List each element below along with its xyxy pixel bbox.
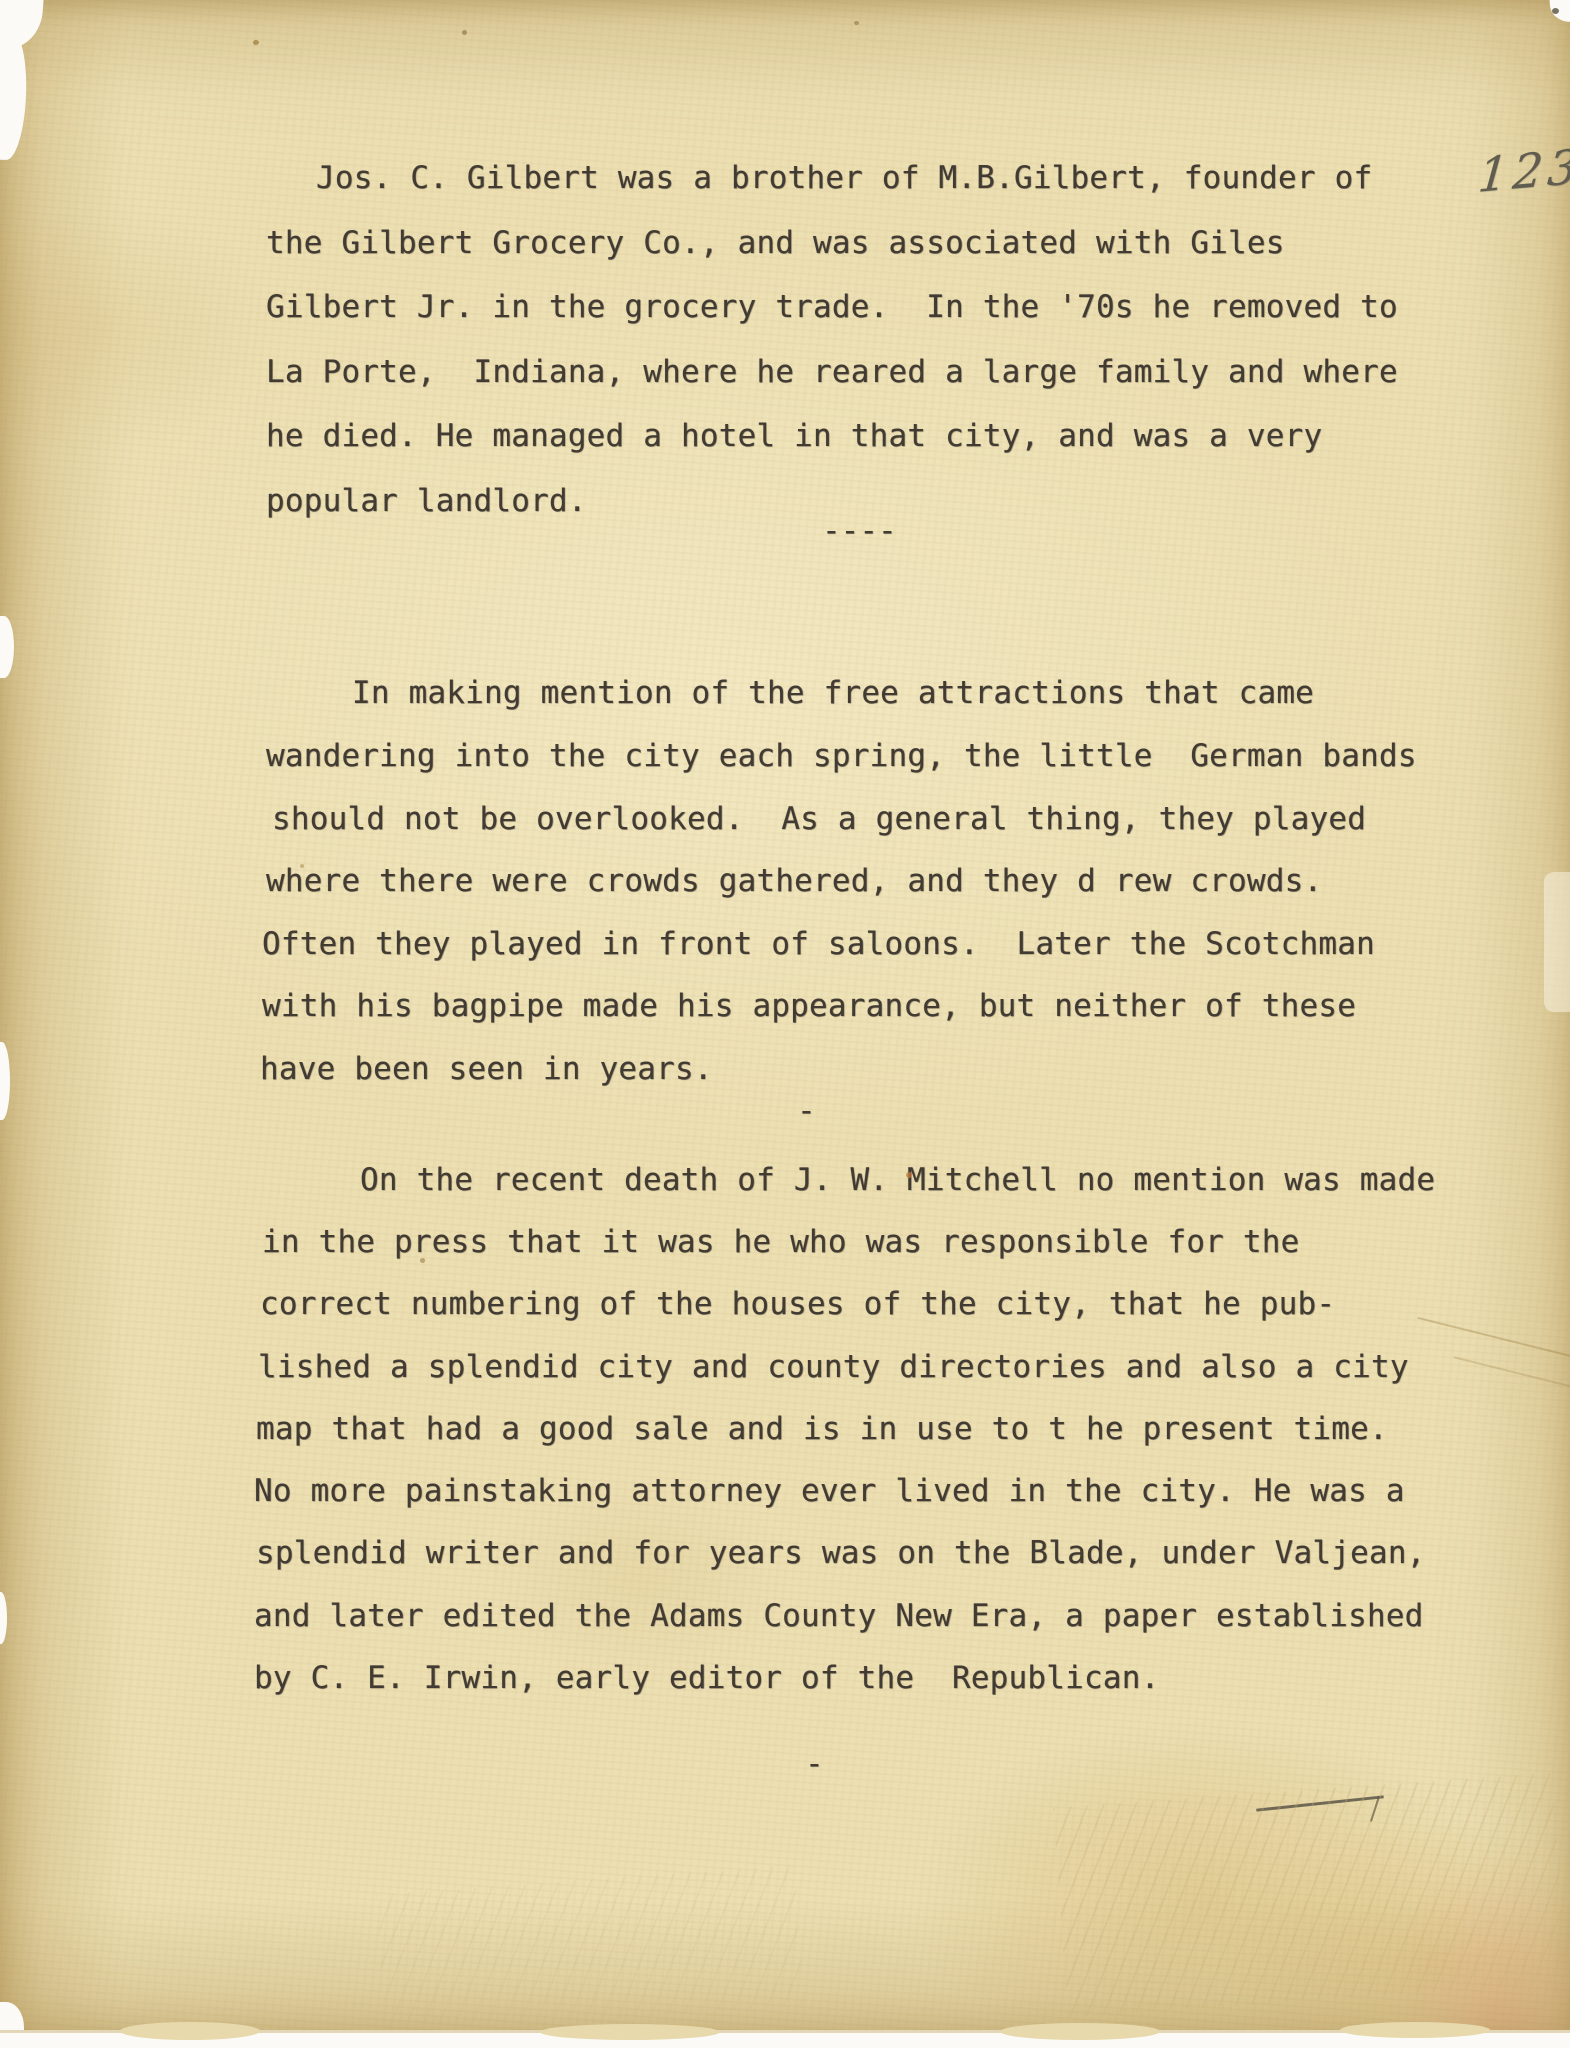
typed-line: Often they played in front of saloons. L… [262,925,1375,963]
typed-line: La Porte, Indiana, where he reared a lar… [266,353,1398,391]
foxing-speck [420,1258,425,1263]
typed-line: have been seen in years. [260,1050,713,1088]
typed-line: the Gilbert Grocery Co., and was associa… [266,224,1285,262]
handwritten-page-number: 123 [1476,139,1570,204]
typed-line: should not be overlooked. As a general t… [272,800,1366,838]
paper-edge-bump [540,2024,720,2040]
typed-line: correct numbering of the houses of the c… [260,1285,1335,1323]
foxing-speck [300,864,304,868]
typed-line: lished a splendid city and county direct… [258,1348,1409,1386]
typed-line: splendid writer and for years was on the… [256,1534,1426,1572]
paper-edge-bump [120,2022,260,2040]
paper-edge-bump [1340,2022,1490,2038]
foxing-speck [854,21,859,25]
typed-line: Jos. C. Gilbert was a brother of M.B.Gil… [316,159,1372,197]
foxing-speck [462,30,467,35]
typed-line: in the press that it was he who was resp… [262,1223,1300,1261]
scanned-typescript-page: 123 Jos. C. Gilbert was a brother of M.B… [0,0,1570,2048]
foxing-speck [253,40,259,45]
typed-line: wandering into the city each spring, the… [266,737,1417,775]
typed-separator: - [805,1746,824,1782]
typed-line: On the recent death of J. W. Mitchell no… [360,1161,1435,1199]
typed-separator: - [797,1093,816,1129]
typed-line: with his bagpipe made his appearance, bu… [262,987,1356,1025]
wrinkle-texture [376,1866,805,2035]
typed-line: No more painstaking attorney ever lived … [254,1472,1405,1510]
foxing-speck [906,1172,912,1178]
paper-edge-bump [1000,2023,1160,2040]
typed-line: popular landlord. [266,482,587,520]
typed-separator: ---- [822,513,897,549]
typed-line: and later edited the Adams County New Er… [254,1597,1424,1635]
typed-line: he died. He managed a hotel in that city… [266,417,1322,455]
foxing-speck [1552,8,1559,14]
paper-tab-right-edge [1544,872,1570,1012]
typed-line: In making mention of the free attraction… [352,674,1314,712]
typed-line: by C. E. Irwin, early editor of the Repu… [254,1659,1159,1697]
wrinkle-texture [1053,1773,1566,2017]
typed-line: where there were crowds gathered, and th… [266,862,1322,900]
typed-line: Gilbert Jr. in the grocery trade. In the… [266,288,1398,326]
typed-line: map that had a good sale and is in use t… [256,1410,1388,1448]
